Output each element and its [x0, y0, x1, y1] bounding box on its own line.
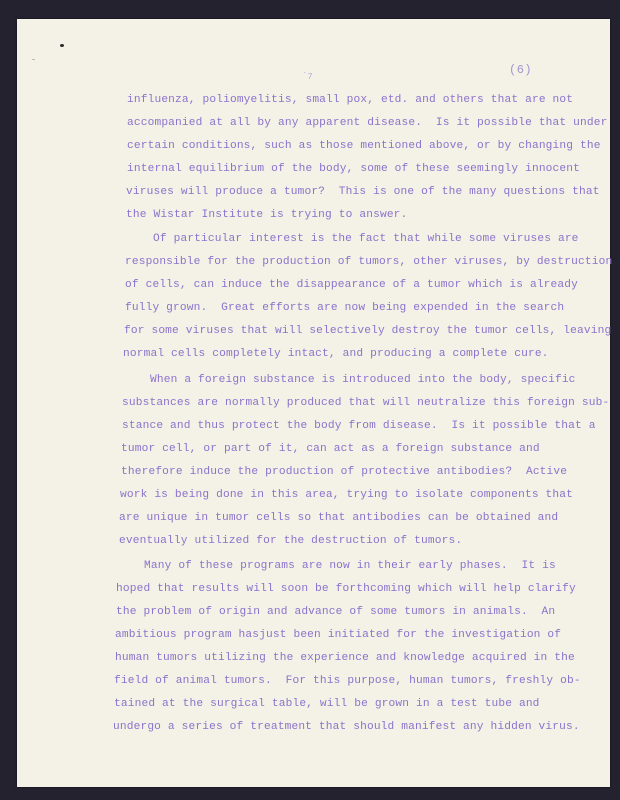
text-line: stance and thus protect the body from di… [122, 420, 596, 432]
text-line: field of animal tumors. For this purpose… [114, 675, 581, 687]
text-line: accompanied at all by any apparent disea… [127, 117, 607, 129]
text-line: responsible for the production of tumors… [125, 256, 612, 268]
text-line: for some viruses that will selectively d… [124, 325, 611, 337]
text-line: internal equilibrium of the body, some o… [127, 163, 580, 175]
text-line: human tumors utilizing the experience an… [115, 652, 575, 664]
text-line: substances are normally produced that wi… [122, 397, 609, 409]
text-line: hoped that results will soon be forthcom… [116, 583, 576, 595]
text-line: undergo a series of treatment that shoul… [113, 721, 580, 733]
text-line: fully grown. Great efforts are now being… [125, 302, 564, 314]
text-line: certain conditions, such as those mentio… [127, 140, 601, 152]
text-line: When a foreign substance is introduced i… [150, 374, 576, 386]
text-line: tumor cell, or part of it, can act as a … [121, 443, 540, 455]
text-line: normal cells completely intact, and prod… [123, 348, 549, 360]
text-line: eventually utilized for the destruction … [119, 535, 462, 547]
text-line: influenza, poliomyelitis, small pox, etd… [127, 94, 573, 106]
text-line: viruses will produce a tumor? This is on… [126, 186, 600, 198]
text-line: the problem of origin and advance of som… [116, 606, 555, 618]
body-text: influenza, poliomyelitis, small pox, etd… [17, 19, 610, 787]
text-line: therefore induce the production of prote… [121, 466, 567, 478]
text-line: tained at the surgical table, will be gr… [114, 698, 540, 710]
text-line: of cells, can induce the disappearance o… [125, 279, 578, 291]
text-line: the Wistar Institute is trying to answer… [126, 209, 407, 221]
text-line: are unique in tumor cells so that antibo… [119, 512, 558, 524]
text-line: ambitious program hasjust been initiated… [115, 629, 561, 641]
document-page: ˙7 (6) influenza, poliomyelitis, small p… [17, 19, 610, 787]
text-line: work is being done in this area, trying … [120, 489, 573, 501]
text-line: Many of these programs are now in their … [144, 560, 556, 572]
text-line: Of particular interest is the fact that … [153, 233, 579, 245]
